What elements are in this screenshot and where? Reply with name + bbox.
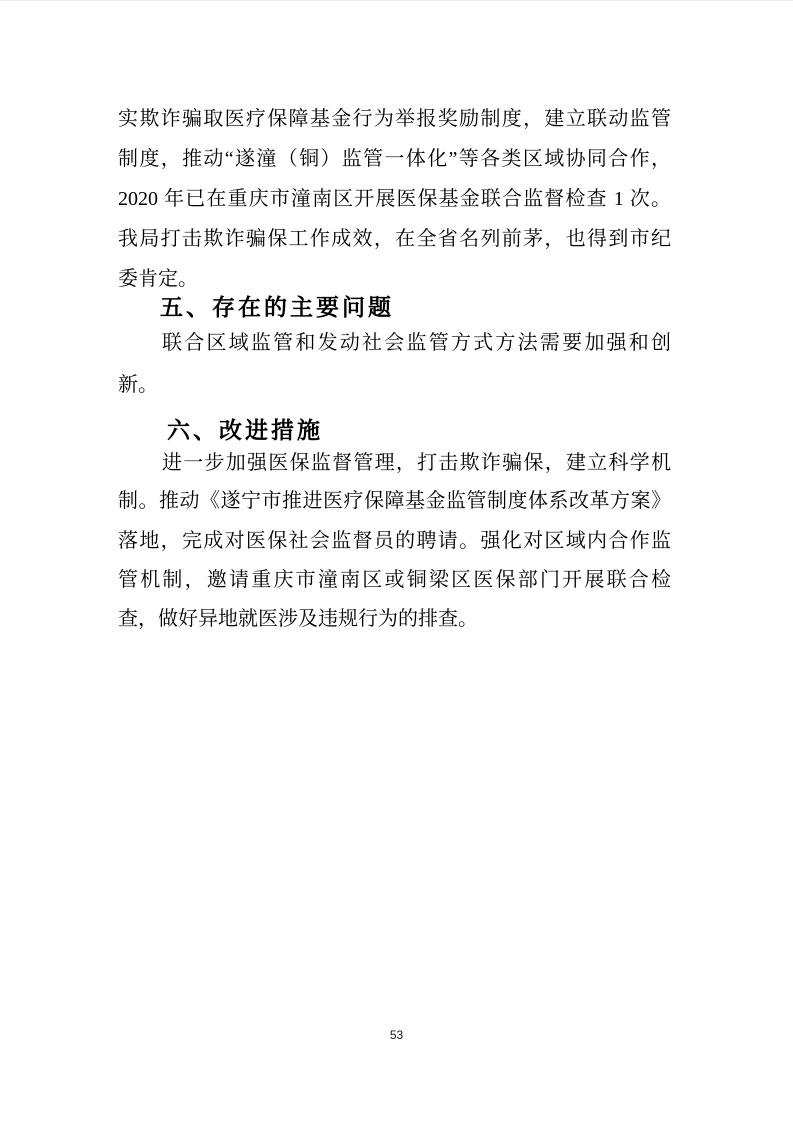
page-number: 53 bbox=[0, 1028, 793, 1042]
paragraph-line: 落地，完成对医保社会监督员的聘请。强化对区域内合作监 bbox=[118, 528, 671, 554]
paragraph-line: 制。推动《遂宁市推进医疗保障基金监管制度体系改革方案》 bbox=[118, 488, 671, 514]
paragraph-line: 管机制，邀请重庆市潼南区或铜梁区医保部门开展联合检 bbox=[118, 567, 671, 593]
paragraph-line: 委肯定。 bbox=[118, 266, 671, 292]
paragraph-line: 查，做好异地就医涉及违规行为的排查。 bbox=[118, 606, 671, 632]
section-5-heading: 五、存在的主要问题 bbox=[160, 294, 394, 320]
paragraph-line: 实欺诈骗取医疗保障基金行为举报奖励制度，建立联动监管 bbox=[118, 106, 671, 132]
paragraph-line: 2020 年已在重庆市潼南区开展医保基金联合监督检查 1 次。 bbox=[118, 186, 671, 212]
paragraph-line: 我局打击欺诈骗保工作成效，在全省名列前茅，也得到市纪 bbox=[118, 226, 671, 252]
paragraph-line: 新。 bbox=[118, 372, 671, 398]
paragraph-line: 进一步加强医保监督管理，打击欺诈骗保，建立科学机 bbox=[162, 450, 671, 476]
paragraph-line: 制度，推动“遂潼（铜）监管一体化”等各类区域协同合作， bbox=[118, 146, 671, 172]
document-page: 实欺诈骗取医疗保障基金行为举报奖励制度，建立联动监管 制度，推动“遂潼（铜）监管… bbox=[0, 0, 793, 1122]
section-6-heading: 六、改进措施 bbox=[167, 417, 323, 443]
paragraph-line: 联合区域监管和发动社会监管方式方法需要加强和创 bbox=[162, 330, 671, 356]
